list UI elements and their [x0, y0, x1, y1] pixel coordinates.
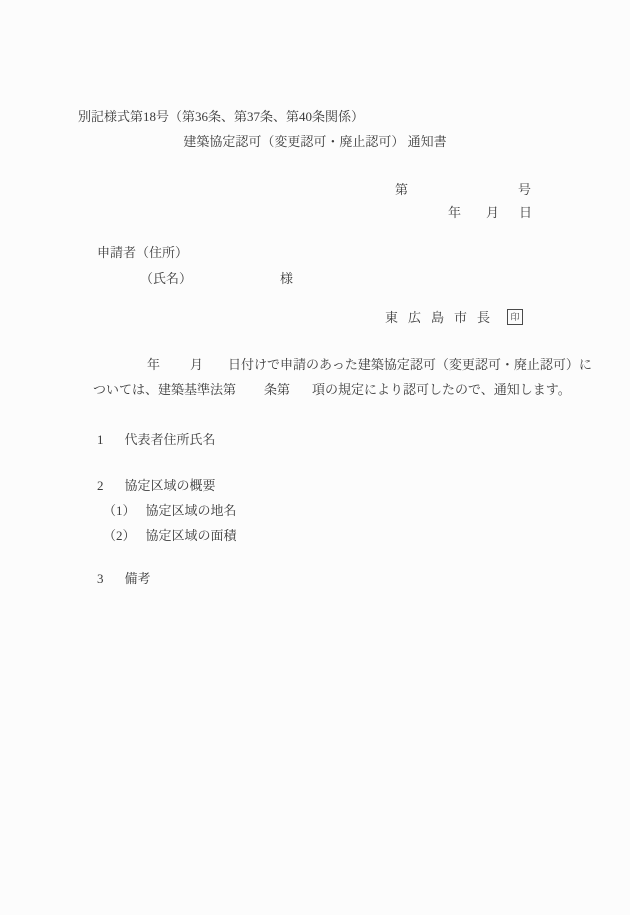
list-item-2-sub-2: （2） 協定区域の面積: [103, 528, 237, 543]
applicant-address-label: 申請者（住所）: [97, 245, 188, 260]
list-item-2-sub-1-number: （1）: [103, 503, 136, 518]
body-date-month-blank: [160, 368, 190, 369]
list-item-2-number: 2: [97, 478, 104, 493]
document-page: 別記様式第18号（第36条、第37条、第40条関係） 建築協定認可（変更認可・廃…: [0, 0, 630, 915]
body-line-2-part2: 条第: [264, 382, 290, 397]
list-item-2-sub-2-label: 協定区域の面積: [146, 528, 237, 543]
issue-date-month-blank: [461, 216, 486, 217]
body-line-1: 年 月 日付けで申請のあった建築協定認可（変更認可・廃止認可）に: [147, 357, 592, 372]
form-reference: 別記様式第18号（第36条、第37条、第40条関係）: [78, 109, 364, 124]
list-item-3-label: 備考: [125, 571, 151, 586]
list-item-2-label: 協定区域の概要: [125, 478, 216, 493]
issue-date-month-label: 月: [486, 205, 499, 220]
list-item-2: 2 協定区域の概要: [97, 478, 216, 493]
list-item-2-gap: [104, 489, 125, 490]
list-item-3-gap: [104, 582, 125, 583]
list-item-2-sub-1-label: 協定区域の地名: [146, 503, 237, 518]
seal-mark-icon: 印: [507, 309, 523, 325]
body-line-1-text: 日付けで申請のあった建築協定認可（変更認可・廃止認可）に: [228, 357, 592, 372]
issue-date-year-label: 年: [448, 205, 461, 220]
applicant-name-label: （氏名）: [140, 271, 192, 286]
body-article-blank: [236, 393, 264, 394]
applicant-honorific: 様: [280, 271, 293, 286]
document-number-blank: [408, 193, 518, 194]
list-item-1-number: 1: [97, 432, 104, 447]
document-number-suffix: 号: [518, 182, 531, 197]
applicant-name-line: （氏名） 様: [140, 271, 293, 286]
issue-date-line: 年 月 日: [448, 205, 532, 220]
document-number-line: 第 号: [395, 182, 531, 197]
issuer-title: 東広島市長: [385, 310, 500, 325]
issue-date-day-label: 日: [519, 205, 532, 220]
list-item-3: 3 備考: [97, 571, 151, 586]
list-item-2-sub-2-number: （2）: [103, 528, 136, 543]
body-line-2-part1: ついては、建築基準法第: [93, 382, 236, 397]
applicant-name-blank: [192, 282, 280, 283]
list-item-1: 1 代表者住所氏名: [97, 432, 216, 447]
issue-date-day-blank: [499, 216, 519, 217]
list-item-3-number: 3: [97, 571, 104, 586]
list-item-2-sub-1-gap: [136, 514, 146, 515]
list-item-2-sub-2-gap: [136, 539, 146, 540]
document-number-prefix: 第: [395, 182, 408, 197]
body-date-month-label: 月: [190, 357, 203, 372]
body-line-2-part3: 項の規定により認可したので、通知します。: [312, 382, 571, 397]
list-item-2-sub-1: （1） 協定区域の地名: [103, 503, 237, 518]
body-paragraph-blank: [290, 393, 312, 394]
body-date-day-blank: [203, 368, 228, 369]
body-date-year-label: 年: [147, 357, 160, 372]
list-item-1-label: 代表者住所氏名: [125, 432, 216, 447]
list-item-1-gap: [104, 443, 125, 444]
document-title: 建築協定認可（変更認可・廃止認可） 通知書: [0, 134, 630, 149]
body-line-2: ついては、建築基準法第 条第 項の規定により認可したので、通知します。: [93, 382, 571, 397]
